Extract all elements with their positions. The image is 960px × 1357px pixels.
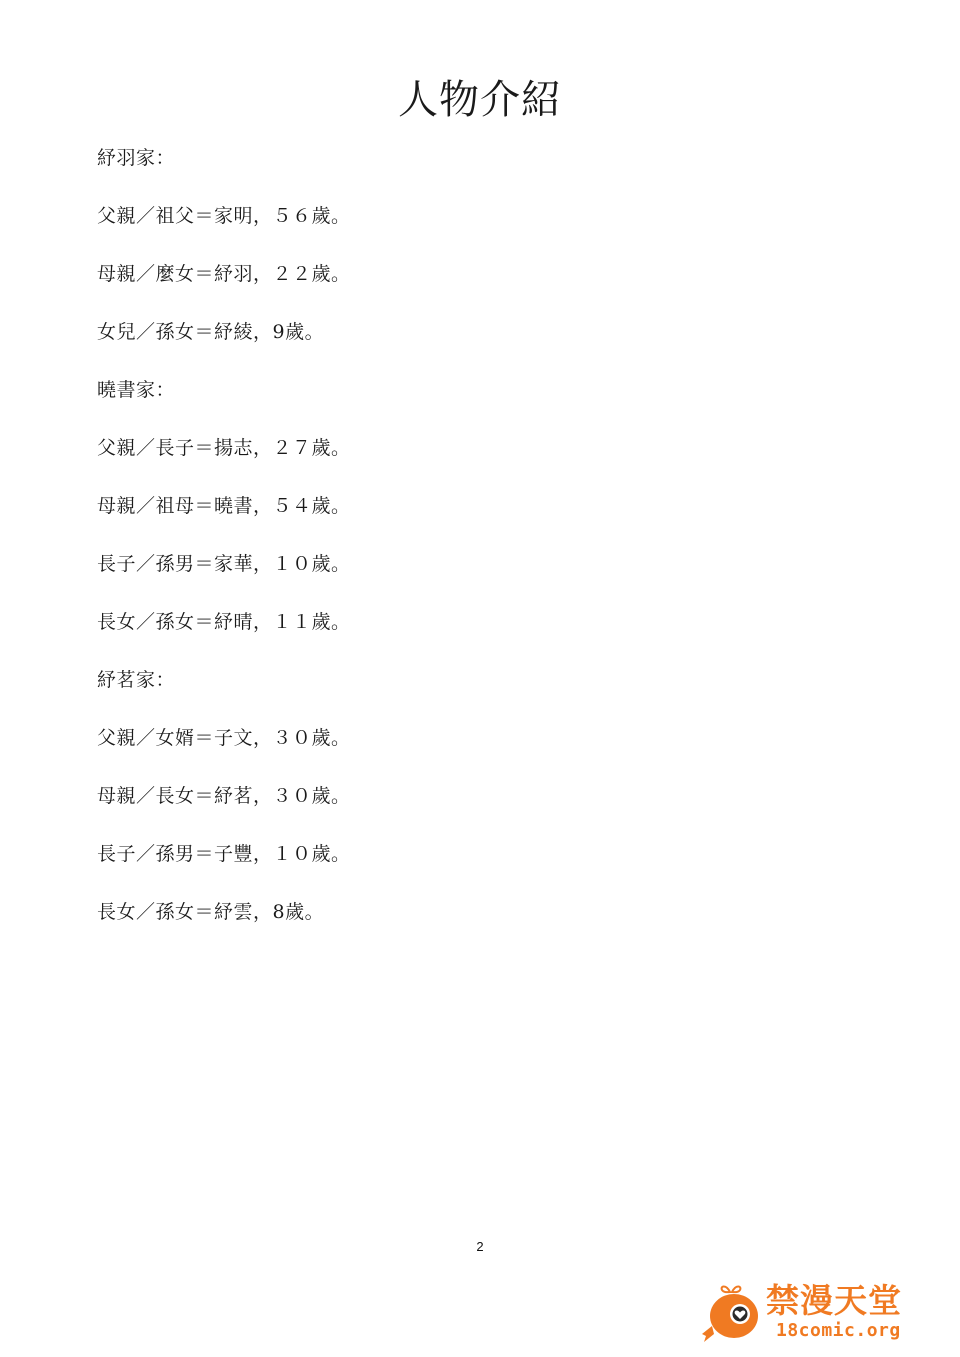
watermark-url: 18comic.org: [776, 1320, 901, 1342]
character-entry: 長子／孫男＝家華，１０歲。: [97, 552, 877, 576]
watermark-title: 禁漫天堂: [766, 1282, 902, 1320]
family-heading: 紓羽家：: [97, 146, 877, 170]
site-watermark: 禁漫天堂 18comic.org: [696, 1278, 926, 1348]
whale-mascot-icon: [700, 1282, 762, 1344]
character-entry: 長女／孫女＝紓晴，１１歲。: [97, 610, 877, 634]
character-entry: 母親／祖母＝曉書，５４歲。: [97, 494, 877, 518]
character-entry: 長女／孫女＝紓雲，8歲。: [97, 900, 877, 924]
character-entry: 母親／麼女＝紓羽，２２歲。: [97, 262, 877, 286]
character-entry: 父親／女婿＝子文，３０歲。: [97, 726, 877, 750]
character-entry: 父親／長子＝揚志，２７歲。: [97, 436, 877, 460]
character-list: 紓羽家： 父親／祖父＝家明，５６歲。 母親／麼女＝紓羽，２２歲。 女兒／孫女＝紓…: [97, 146, 877, 958]
page-number: 2: [0, 1239, 960, 1254]
page-title: 人物介紹: [0, 76, 960, 124]
character-entry: 女兒／孫女＝紓綾，9歲。: [97, 320, 877, 344]
family-heading: 曉書家：: [97, 378, 877, 402]
character-entry: 母親／長女＝紓茗，３０歲。: [97, 784, 877, 808]
family-heading: 紓茗家：: [97, 668, 877, 692]
character-entry: 長子／孫男＝子豐，１０歲。: [97, 842, 877, 866]
character-entry: 父親／祖父＝家明，５６歲。: [97, 204, 877, 228]
